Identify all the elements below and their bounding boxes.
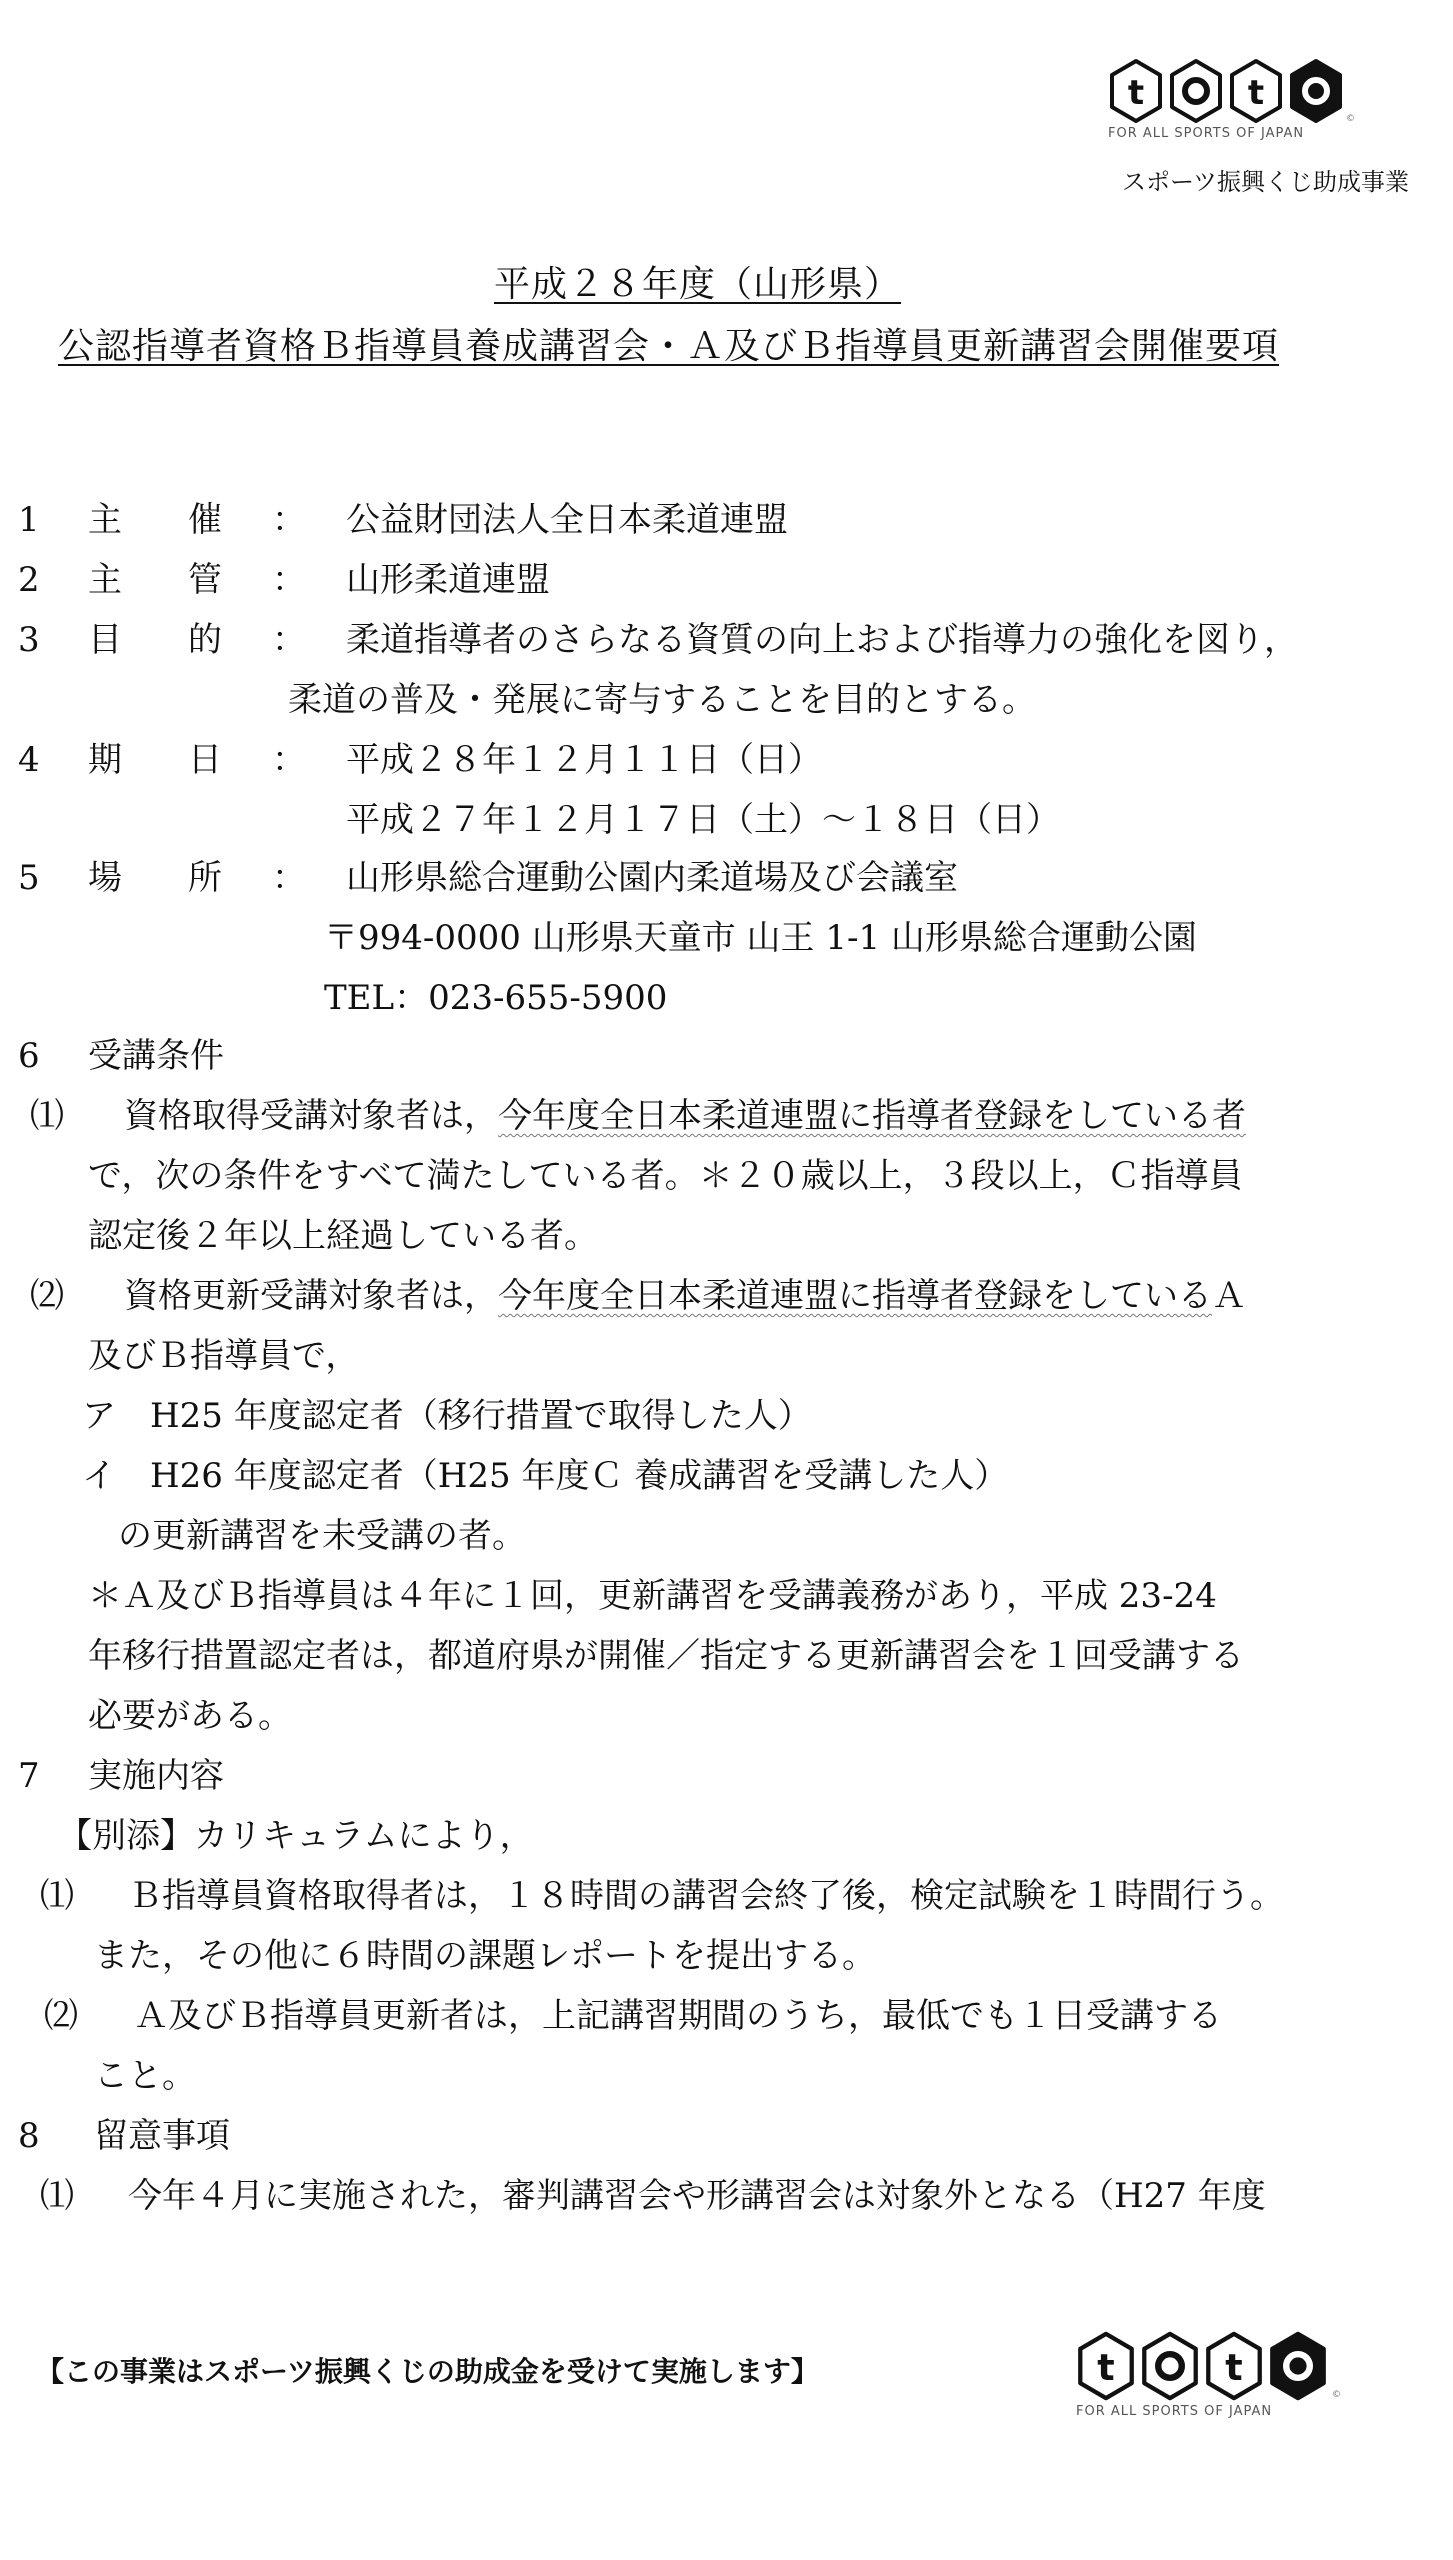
venue-phone: TEL：023-655-5900 bbox=[324, 978, 667, 1018]
svg-text:t: t bbox=[1225, 2346, 1242, 2389]
item-label-char: 所 bbox=[188, 858, 222, 898]
section-heading: 留意事項 bbox=[94, 2116, 230, 2156]
item-value-line: 柔道の普及・発展に寄与することを目的とする。 bbox=[288, 680, 1036, 720]
section-number: 8 bbox=[18, 2116, 40, 2156]
paragraph-text: 資格更新受講対象者は， bbox=[124, 1276, 498, 1316]
item-colon: ： bbox=[272, 560, 306, 600]
section-heading: 受講条件 bbox=[88, 1036, 224, 1076]
item-colon: ： bbox=[272, 620, 306, 660]
item-label-char: 催 bbox=[188, 500, 222, 540]
hex-filled-o-icon bbox=[1288, 58, 1344, 124]
item-number: 1 bbox=[18, 500, 40, 540]
paragraph-line: 今年４月に実施された，審判講習会や形講習会は対象外となる（H27 年度 bbox=[128, 2176, 1266, 2216]
logo-subtitle: スポーツ振興くじ助成事業 bbox=[1122, 162, 1409, 197]
section-number: 7 bbox=[18, 1756, 40, 1796]
toto-wordmark: t t bbox=[1108, 58, 1344, 124]
item-value: 山形柔道連盟 bbox=[346, 560, 550, 600]
note-line: 年移行措置認定者は，都道府県が開催／指定する更新講習会を１回受講する bbox=[88, 1636, 1244, 1676]
hex-letter-o-icon bbox=[1140, 2330, 1200, 2402]
logo-tagline: FOR ALL SPORTS OF JAPAN bbox=[1108, 126, 1344, 141]
item-label-char: 日 bbox=[188, 740, 222, 780]
svg-text:t: t bbox=[1248, 73, 1264, 113]
paragraph-line: Ｂ指導員資格取得者は，１８時間の講習会終了後，検定試験を１時間行う。 bbox=[128, 1876, 1284, 1916]
item-label-char: 期 bbox=[88, 740, 122, 780]
paragraph-line: Ａ及びＢ指導員更新者は，上記講習期間のうち，最低でも１日受講する bbox=[134, 1996, 1222, 2036]
hex-letter-t-icon: t bbox=[1108, 58, 1164, 124]
copyright-mark: © bbox=[1346, 114, 1355, 124]
paragraph-marker: ⑴ bbox=[30, 1096, 64, 1136]
paragraph-line: 資格更新受講対象者は，今年度全日本柔道連盟に指導者登録をしているＡ bbox=[124, 1276, 1246, 1316]
paragraph-line: また，その他に６時間の課題レポートを提出する。 bbox=[94, 1936, 876, 1976]
paragraph-text: 資格取得受講対象者は， bbox=[124, 1096, 498, 1136]
hex-letter-t-icon: t bbox=[1228, 58, 1284, 124]
item-value-line: 柔道指導者のさらなる資質の向上および指導力の強化を図り， bbox=[346, 620, 1298, 660]
svg-text:t: t bbox=[1128, 73, 1144, 113]
logo-tagline: FOR ALL SPORTS OF JAPAN bbox=[1076, 2404, 1328, 2419]
date-line: 平成２８年１２月１１日（日） bbox=[346, 740, 822, 780]
item-number: 4 bbox=[18, 740, 40, 780]
note-line: 必要がある。 bbox=[88, 1696, 292, 1736]
toto-logo-header: t t © FOR ALL SPORTS OF JAPAN bbox=[1108, 58, 1344, 141]
document-title-main: 公認指導者資格Ｂ指導員養成講習会・Ａ及びＢ指導員更新講習会開催要項 bbox=[58, 318, 1279, 369]
paragraph-line: の更新講習を未受講の者。 bbox=[118, 1516, 526, 1556]
copyright-mark: © bbox=[1332, 2390, 1341, 2400]
paragraph-marker: ⑵ bbox=[30, 1276, 64, 1316]
paragraph-line: で，次の条件をすべて満たしている者。＊２０歳以上，３段以上，Ｃ指導員 bbox=[88, 1156, 1243, 1196]
hex-filled-o-icon bbox=[1268, 2330, 1328, 2402]
paragraph-line: 認定後２年以上経過している者。 bbox=[88, 1216, 598, 1256]
toto-logo-footer: t t © FOR ALL SPORTS OF JAPAN bbox=[1076, 2330, 1328, 2419]
funding-notice: 【この事業はスポーツ振興くじの助成金を受けて実施します】 bbox=[36, 2350, 819, 2390]
item-colon: ： bbox=[272, 500, 306, 540]
paragraph-line: 及びＢ指導員で， bbox=[88, 1336, 359, 1376]
paragraph-marker: ⑴ bbox=[40, 1876, 74, 1916]
item-label-char: 目 bbox=[88, 620, 122, 660]
hex-letter-o-icon bbox=[1168, 58, 1224, 124]
item-label-char: 主 bbox=[88, 500, 122, 540]
date-line: 平成２７年１２月１７日（土）～１８日（日） bbox=[346, 800, 1060, 840]
hex-letter-t-icon: t bbox=[1204, 2330, 1264, 2402]
item-number: 3 bbox=[18, 620, 40, 660]
section-number: 6 bbox=[18, 1036, 40, 1076]
item-value: 公益財団法人全日本柔道連盟 bbox=[346, 500, 788, 540]
venue-address: 〒994-0000 山形県天童市 山王 1-1 山形県総合運動公園 bbox=[324, 918, 1197, 958]
item-number: 5 bbox=[18, 858, 40, 898]
toto-wordmark: t t bbox=[1076, 2330, 1328, 2402]
item-label-char: 場 bbox=[88, 858, 122, 898]
venue-name: 山形県総合運動公園内柔道場及び会議室 bbox=[346, 858, 958, 898]
underlined-requirement: 今年度全日本柔道連盟に指導者登録をしている者 bbox=[498, 1096, 1246, 1136]
item-colon: ： bbox=[272, 740, 306, 780]
paragraph-line: こと。 bbox=[94, 2056, 196, 2096]
section-heading: 実施内容 bbox=[88, 1756, 224, 1796]
item-label-char: 管 bbox=[188, 560, 222, 600]
sub-item-a: ア H25 年度認定者（移行措置で取得した人） bbox=[82, 1396, 812, 1436]
sub-item-i: イ H26 年度認定者（H25 年度Ｃ 養成講習を受講した人） bbox=[82, 1456, 1008, 1496]
document-title-year: 平成２８年度（山形県） bbox=[494, 256, 901, 307]
item-colon: ： bbox=[272, 858, 306, 898]
paragraph-line: 資格取得受講対象者は，今年度全日本柔道連盟に指導者登録をしている者 bbox=[124, 1096, 1246, 1136]
underlined-requirement: 今年度全日本柔道連盟に指導者登録をしている bbox=[498, 1276, 1212, 1316]
paragraph-marker: ⑵ bbox=[44, 1996, 78, 2036]
hex-letter-t-icon: t bbox=[1076, 2330, 1136, 2402]
item-label-char: 主 bbox=[88, 560, 122, 600]
item-label-char: 的 bbox=[188, 620, 222, 660]
note-line: ＊Ａ及びＢ指導員は４年に１回，更新講習を受講義務があり，平成 23-24 bbox=[88, 1576, 1217, 1616]
paragraph-marker: ⑴ bbox=[40, 2176, 74, 2216]
curriculum-intro: 【別添】カリキュラムにより， bbox=[58, 1816, 534, 1856]
paragraph-text: Ａ bbox=[1212, 1276, 1246, 1316]
svg-text:t: t bbox=[1097, 2346, 1114, 2389]
item-number: 2 bbox=[18, 560, 40, 600]
